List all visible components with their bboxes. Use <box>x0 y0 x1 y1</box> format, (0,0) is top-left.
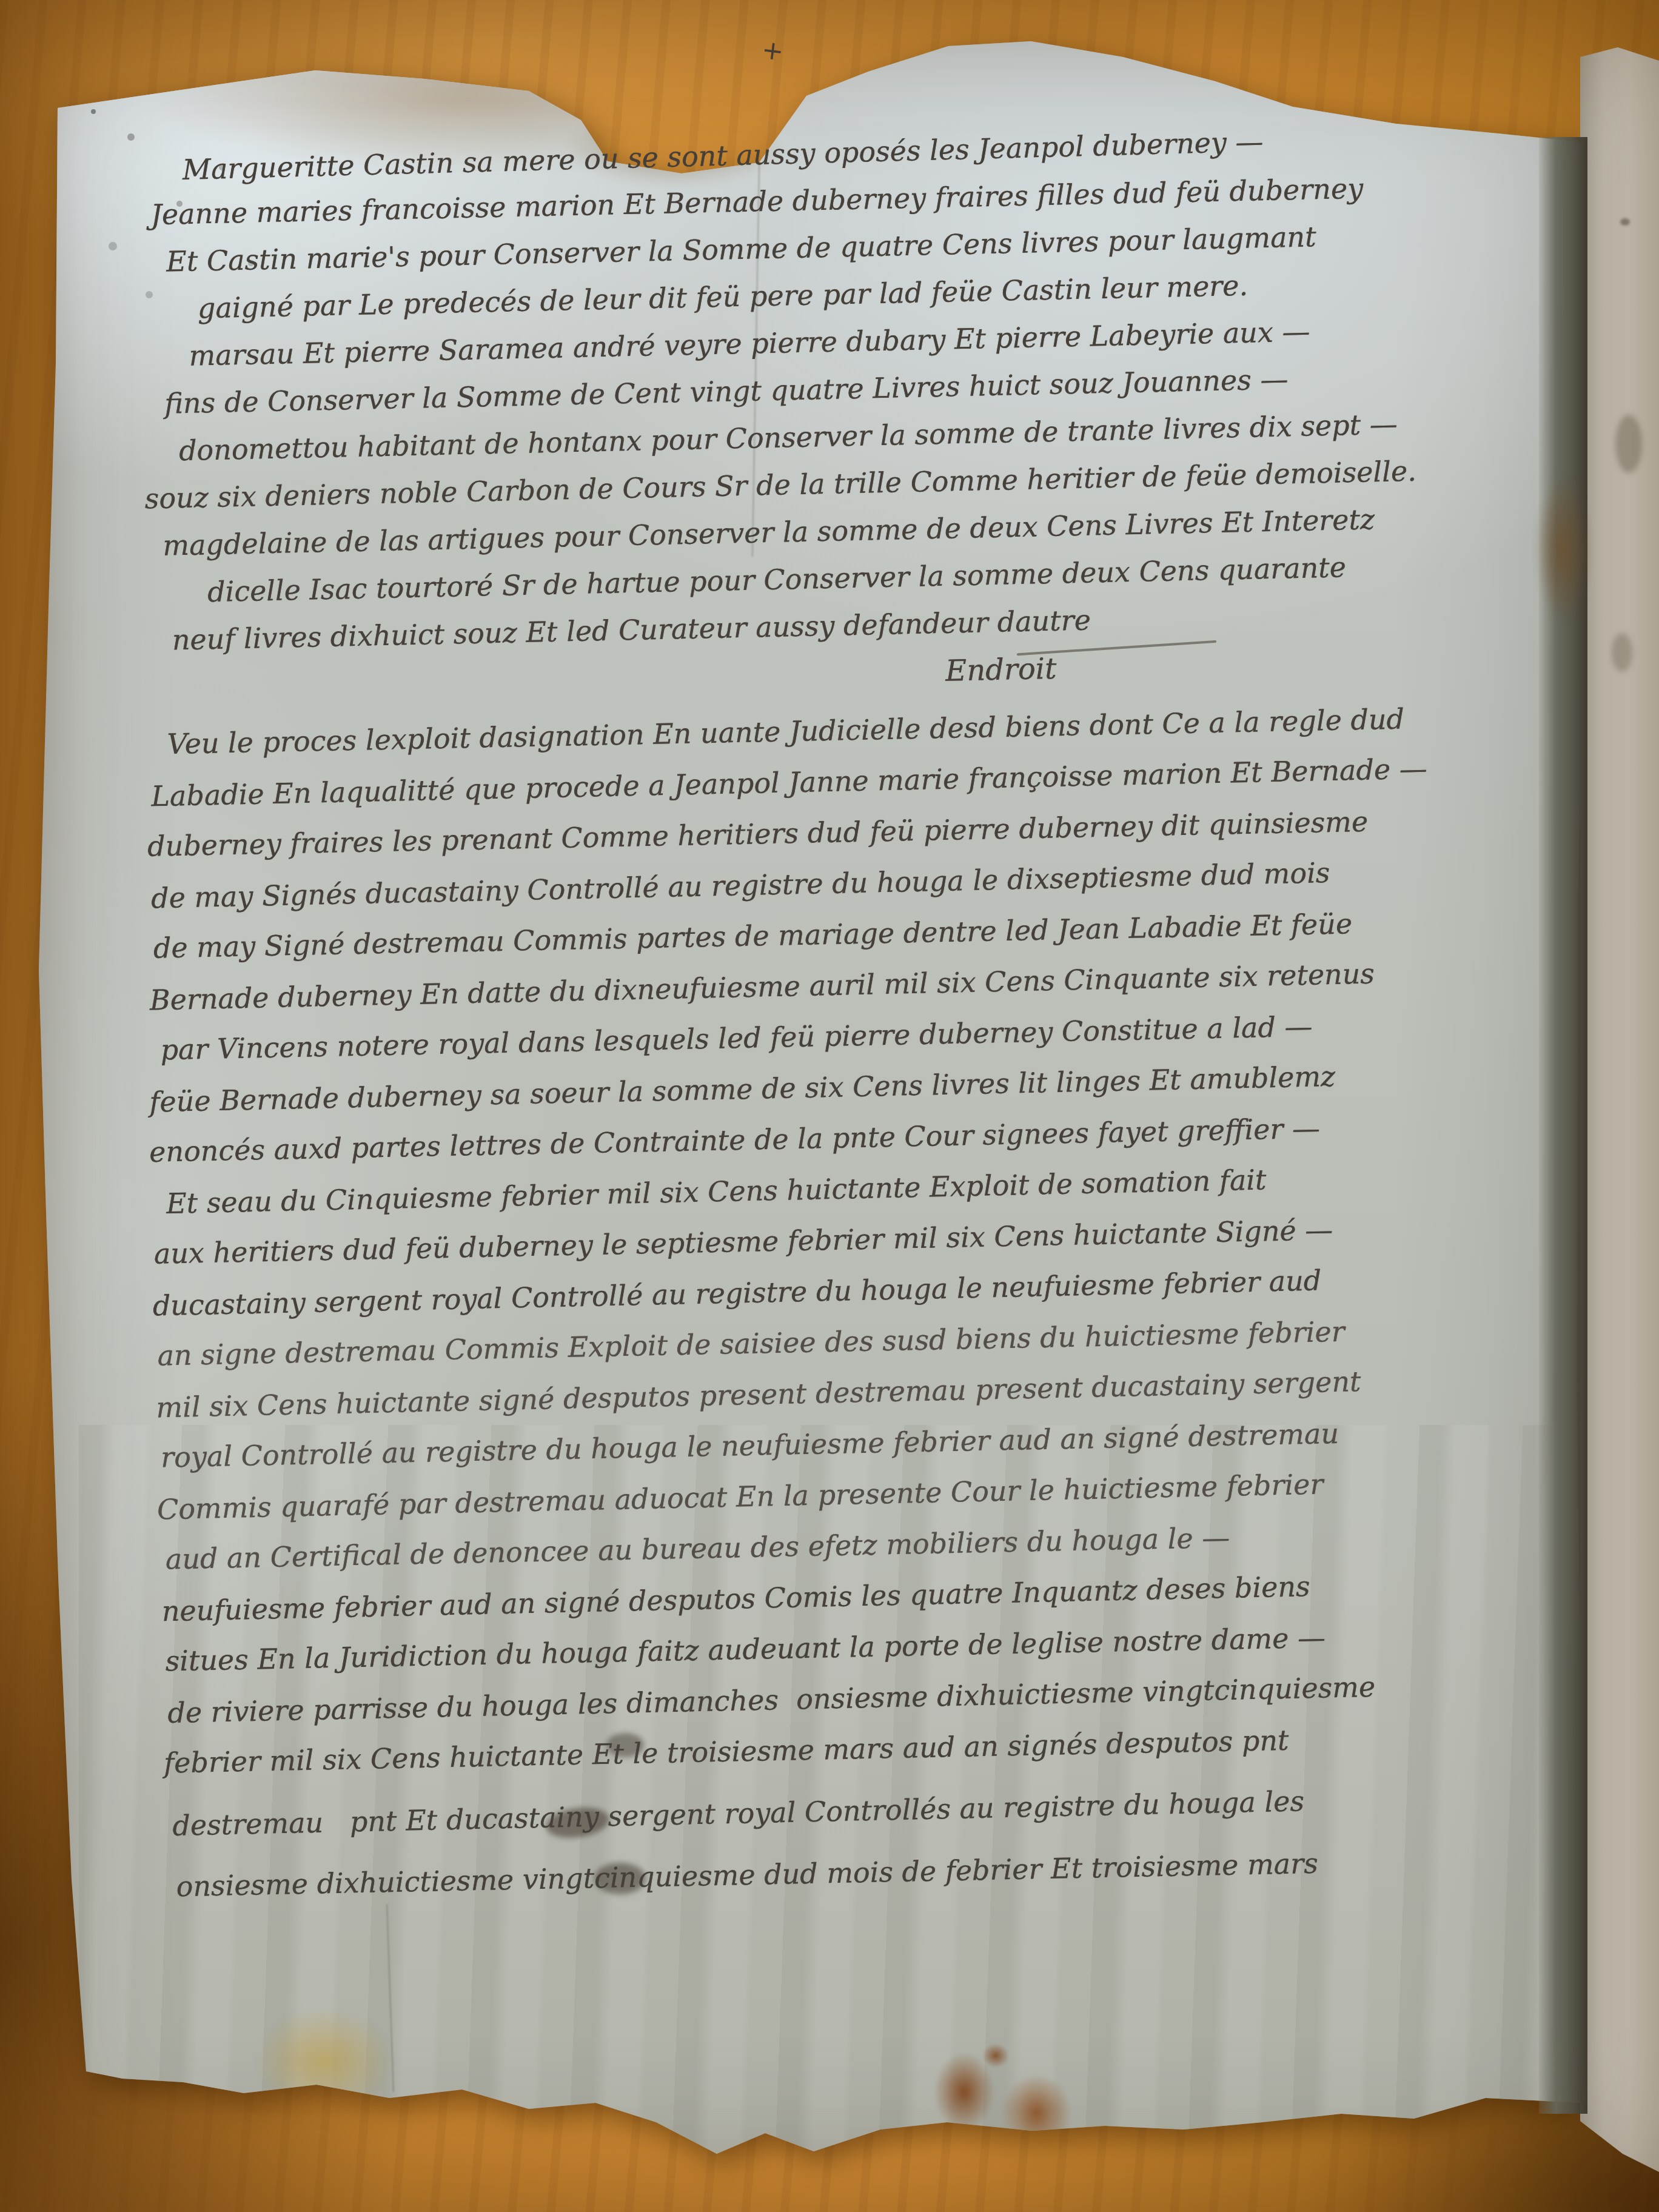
ink-speckles <box>91 109 96 114</box>
rust-stain <box>934 2053 994 2131</box>
rust-stain <box>982 2043 1009 2068</box>
ink-bleed-mark <box>1612 633 1632 672</box>
photo-of-manuscript: + Margueritte Castin sa mere ou se sont … <box>0 0 1659 2212</box>
cross-mark: + <box>761 37 785 65</box>
ink-bleed-mark <box>1620 218 1630 226</box>
paragraph-1: Margueritte Castin sa mere ou se sont au… <box>126 113 1586 665</box>
paragraph-2: Veu le proces lexploit dasignation En ua… <box>139 689 1614 1914</box>
yellow-stain <box>255 2007 394 2116</box>
heading-endroit: Endroit <box>945 645 1057 695</box>
handwritten-text-layer: + Margueritte Castin sa mere ou se sont … <box>126 113 1614 1913</box>
rust-stain <box>1002 2074 1071 2153</box>
ink-bleed-mark <box>1615 415 1642 473</box>
